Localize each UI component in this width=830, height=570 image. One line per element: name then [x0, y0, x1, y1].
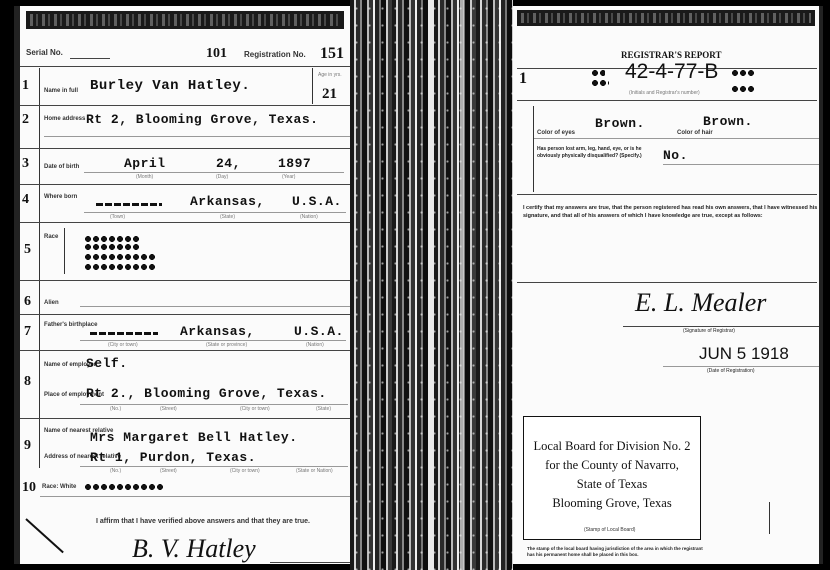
field-number: 3 [22, 156, 29, 172]
divider [84, 172, 344, 173]
father-birth-state: Arkansas, [180, 324, 255, 339]
divider [663, 164, 819, 165]
race-white-label: Race: White [42, 484, 76, 490]
divider [20, 418, 350, 419]
street-caption: (Street) [160, 468, 177, 474]
stamp-footer-text: The stamp of the local board having juri… [527, 546, 703, 558]
stamp-line-county: for the County of Navarro, [524, 456, 700, 475]
home-address-value: Rt 2, Blooming Grove, Texas. [86, 112, 318, 127]
birth-year: 1897 [278, 156, 311, 171]
serial-number: 101 [206, 46, 227, 62]
relative-address-value: Rt 1, Purdon, Texas. [90, 450, 256, 465]
stamp-line-city: Blooming Grove, Texas [524, 494, 700, 513]
birthplace-label: Where born [44, 194, 77, 200]
state-caption: (State or Nation) [296, 468, 333, 474]
divider [20, 280, 350, 281]
age-box-rule [312, 68, 313, 104]
day-caption: (Day) [216, 174, 228, 180]
card-header-band [517, 10, 815, 26]
affirmation-text: I affirm that I have verified above answ… [96, 518, 310, 525]
no-caption: (No.) [110, 468, 121, 474]
section-number: 1 [519, 70, 527, 88]
birth-month: April [124, 156, 166, 171]
year-caption: (Year) [282, 174, 295, 180]
field-number: 7 [24, 324, 31, 340]
redacted-field [84, 484, 164, 491]
local-board-stamp: Local Board for Division No. 2 for the C… [523, 416, 701, 540]
state-caption: (State or province) [206, 342, 247, 348]
redacted-option [84, 244, 140, 251]
registration-date: JUN 5 1918 [699, 344, 789, 364]
redacted-option [84, 236, 140, 243]
registrar-code: 42-4-77-B [625, 60, 718, 84]
scan-edge-highlight [428, 0, 434, 570]
city-caption: (City or town) [108, 342, 138, 348]
birthplace-nation: U.S.A. [292, 194, 342, 209]
birth-day: 24, [216, 156, 241, 171]
no-caption: (No.) [110, 406, 121, 412]
divider [20, 184, 350, 185]
divider [20, 350, 350, 351]
field-number: 6 [24, 294, 31, 310]
field-column-rule [39, 68, 40, 468]
divider [517, 194, 817, 195]
divider [40, 496, 350, 497]
divider [533, 138, 819, 139]
name-value: Burley Van Hatley. [90, 78, 250, 94]
race-label: Race [44, 234, 58, 240]
divider [44, 136, 350, 137]
registrars-report-card: REGISTRAR'S REPORT 1 42-4-77-B (Initials… [513, 6, 823, 564]
state-caption: (State) [220, 214, 235, 220]
report-title: REGISTRAR'S REPORT [621, 50, 721, 60]
divider [20, 105, 350, 106]
divider [84, 212, 346, 213]
relative-value: Mrs Margaret Bell Hatley. [90, 430, 298, 445]
serial-underline [70, 58, 110, 59]
signature-line [623, 326, 819, 327]
alien-label: Alien [44, 300, 59, 306]
divider [517, 100, 817, 101]
redacted-mark [591, 70, 605, 77]
field-number: 4 [22, 192, 29, 208]
divider [517, 282, 817, 283]
employer-value: Self. [86, 356, 128, 371]
redacted-option [84, 264, 156, 271]
divider [20, 66, 350, 67]
city-caption: (City or town) [230, 468, 260, 474]
birthplace-town-blank [96, 203, 162, 206]
registration-label: Registration No. [244, 50, 306, 59]
divider [80, 466, 348, 467]
father-birthplace-label: Father's birthplace [44, 322, 97, 328]
stamp-caption: (Stamp of Local Board) [584, 527, 635, 533]
street-caption: (Street) [160, 406, 177, 412]
city-caption: (City or town) [240, 406, 270, 412]
employment-place-value: Rt 2., Blooming Grove, Texas. [86, 386, 327, 401]
checkbox-column-rule [64, 228, 65, 274]
home-address-label: Home address [44, 116, 85, 122]
nation-caption: (Nation) [300, 214, 318, 220]
registrar-signature: E. L. Mealer [635, 288, 766, 318]
code-caption: (Initials and Registrar's number) [629, 90, 700, 96]
disability-question: Has person lost arm, leg, hand, eye, or … [537, 146, 649, 160]
divider [80, 404, 348, 405]
birthplace-state: Arkansas, [190, 194, 265, 209]
certification-text: I certify that my answers are true, that… [523, 204, 819, 220]
father-town-blank [90, 332, 158, 335]
redacted-option [84, 254, 156, 261]
registrant-signature: B. V. Hatley [132, 534, 256, 564]
divider [80, 306, 350, 307]
eye-color-label: Color of eyes [537, 130, 575, 136]
divider [20, 222, 350, 223]
section-column-rule [533, 106, 534, 192]
divider [663, 366, 819, 367]
field-number: 8 [24, 374, 31, 390]
name-label: Name in full [44, 88, 78, 94]
eye-color-value: Brown. [595, 116, 645, 131]
hair-color-value: Brown. [703, 114, 753, 129]
state-caption: (State) [316, 406, 331, 412]
disability-answer: No. [663, 148, 688, 163]
margin-mark [769, 502, 770, 534]
field-number: 10 [22, 480, 36, 496]
divider [20, 314, 350, 315]
registrar-signature-caption: (Signature of Registrar) [683, 328, 735, 334]
serial-label: Serial No. [26, 48, 63, 57]
redacted-mark [731, 86, 755, 93]
father-birth-nation: U.S.A. [294, 324, 344, 339]
age-value: 21 [322, 86, 337, 103]
signature-line [270, 562, 350, 563]
town-caption: (Town) [110, 214, 125, 220]
redacted-mark [731, 70, 755, 77]
hair-color-label: Color of hair [677, 130, 713, 136]
divider [80, 340, 346, 341]
nation-caption: (Nation) [306, 342, 324, 348]
registration-number: 151 [320, 45, 344, 63]
divider [20, 148, 350, 149]
scan-edge-highlight [460, 0, 464, 570]
redacted-mark [591, 80, 609, 87]
date-caption: (Date of Registration) [707, 368, 755, 374]
month-caption: (Month) [136, 174, 153, 180]
age-label: Age in yrs. [318, 72, 342, 78]
registration-card: Serial No. 101 Registration No. 151 1 Na… [14, 6, 350, 564]
card-header-band [26, 11, 344, 29]
stamp-line-state: State of Texas [524, 475, 700, 494]
stamp-line-division: Local Board for Division No. 2 [524, 437, 700, 456]
corner-cut-mark [25, 518, 63, 553]
field-number: 9 [24, 438, 31, 454]
field-number: 5 [24, 242, 31, 258]
field-number: 2 [22, 112, 29, 128]
birth-date-label: Date of birth [44, 164, 79, 170]
field-number: 1 [22, 78, 29, 94]
